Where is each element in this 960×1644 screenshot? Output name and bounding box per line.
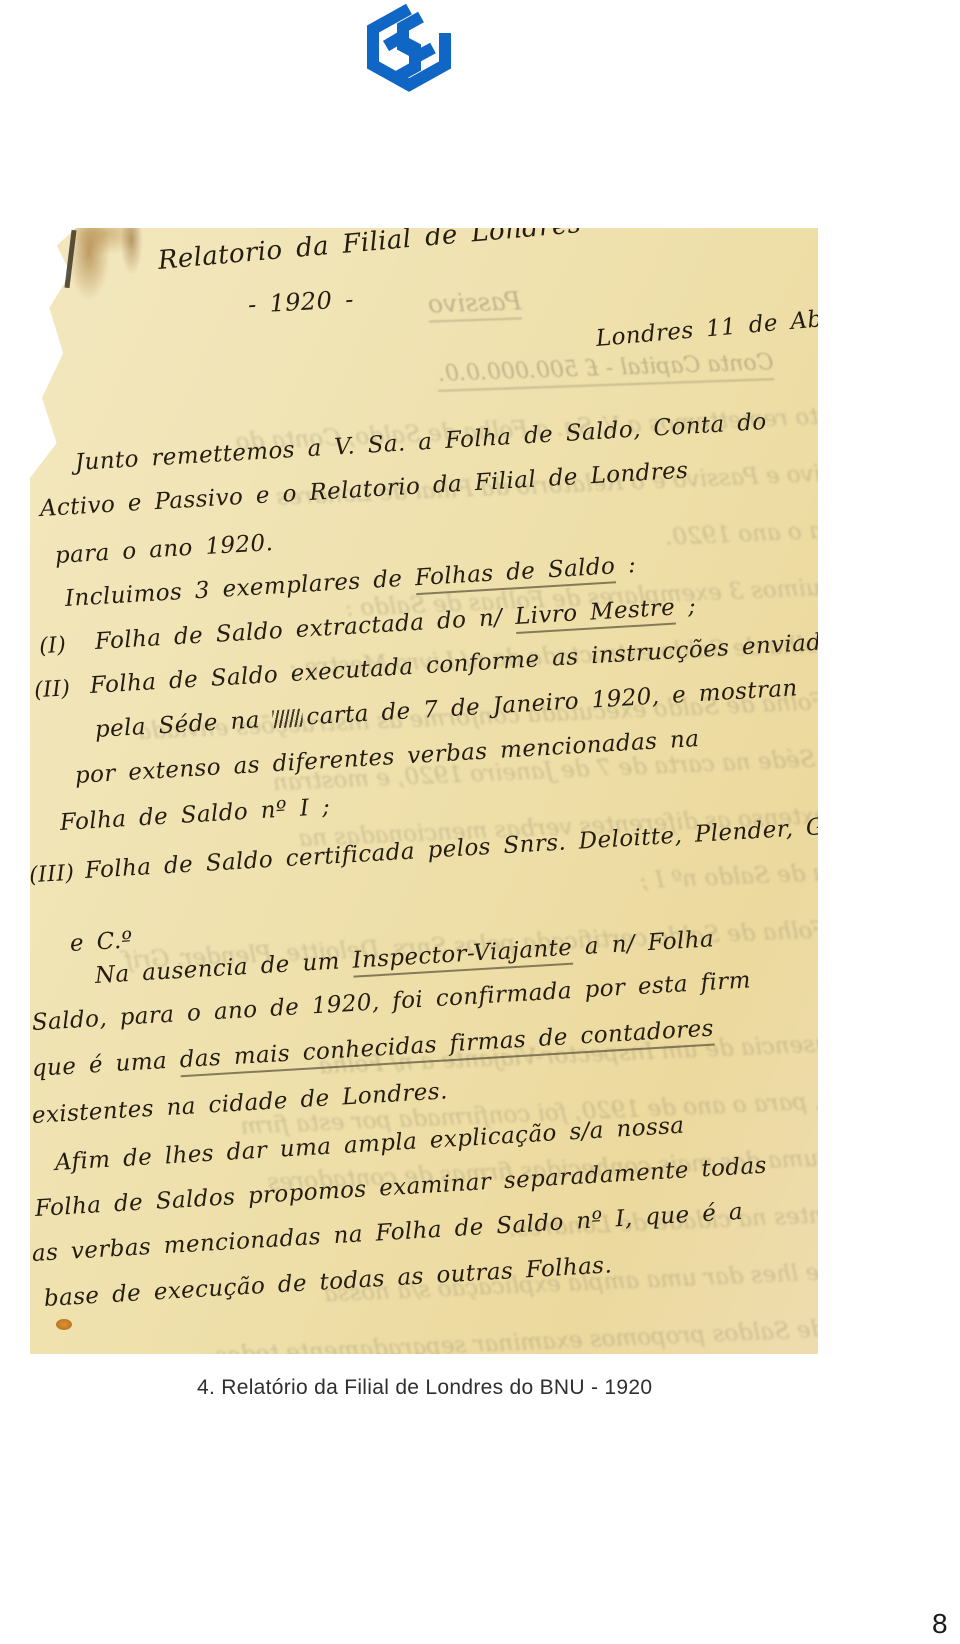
manuscript-line: e C.º bbox=[69, 927, 133, 957]
manuscript-body: Junto remettemos a V. Sa. a Folha de Sal… bbox=[30, 228, 818, 1354]
line-text: para o ano 1920. bbox=[54, 530, 274, 569]
page-number: 8 bbox=[932, 1608, 948, 1640]
manuscript-scan: Junto remettemos a V. Sa. a Folha de Sal… bbox=[30, 228, 818, 1354]
list-marker: (II) bbox=[33, 676, 71, 703]
manuscript-line: para o ano 1920. bbox=[54, 530, 274, 569]
line-text: e C.º bbox=[69, 927, 133, 957]
small-stain bbox=[56, 1319, 72, 1330]
line-text: Folha de Saldo nº I ; bbox=[59, 794, 331, 836]
image-caption: 4. Relatório da Filial de Londres do BNU… bbox=[197, 1376, 652, 1400]
manuscript-line: Folha de Saldo nº I ; bbox=[59, 794, 331, 836]
line-text: existentes na cidade de Londres. bbox=[31, 1078, 448, 1129]
cgd-logo-icon bbox=[358, 2, 460, 92]
scratched-out-word bbox=[272, 709, 303, 729]
list-marker: (I) bbox=[38, 633, 66, 660]
manuscript-line: existentes na cidade de Londres. bbox=[31, 1078, 448, 1129]
cgd-hexagon-knot bbox=[358, 2, 460, 92]
list-marker: (III) bbox=[30, 861, 75, 889]
paper-stain bbox=[38, 228, 208, 348]
document-page: Junto remettemos a V. Sa. a Folha de Sal… bbox=[0, 0, 960, 1644]
